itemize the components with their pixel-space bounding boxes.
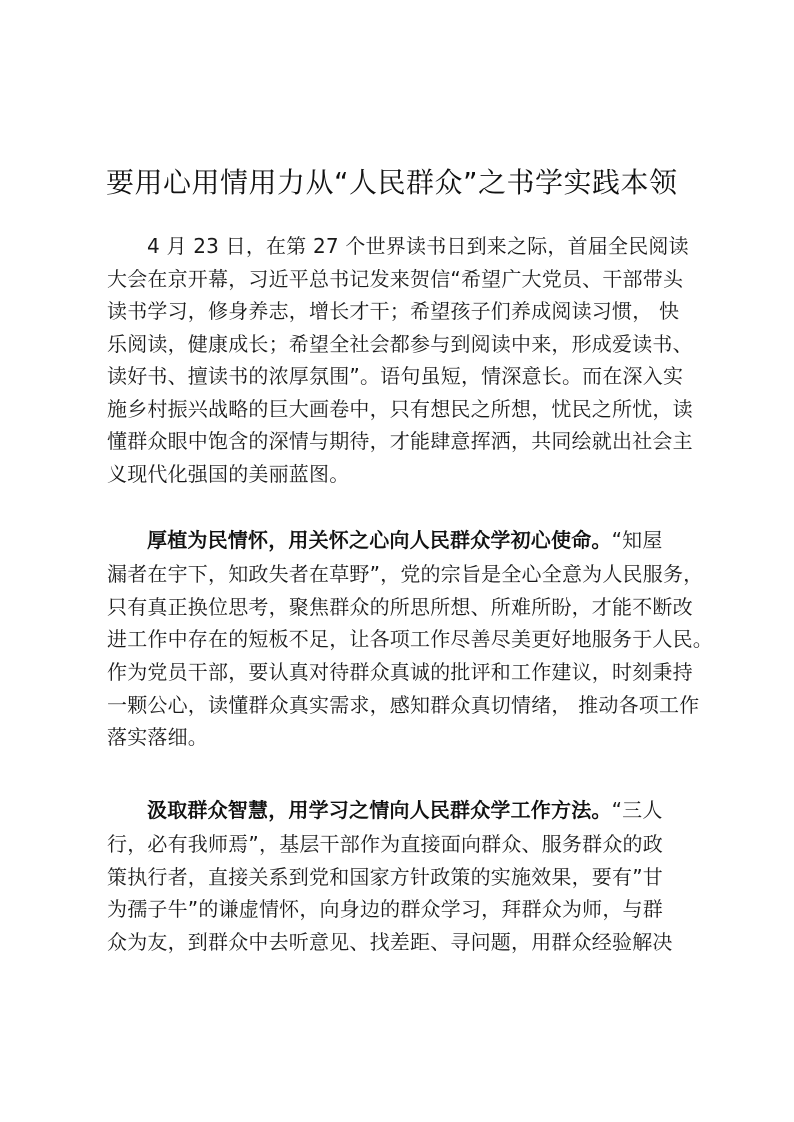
text-line: 乐阅读，健康成长；希望全社会都参与到阅读中来，形成爱读书、 [107, 328, 707, 361]
paragraph-section-1: 厚植为民情怀，用关怀之心向人民群众学初心使命。“知屋 漏者在宇下，知政失者在草野… [107, 522, 707, 754]
paragraph-first-line: 厚植为民情怀，用关怀之心向人民群众学初心使命。“知屋 [107, 522, 707, 558]
text-line: 一颗公心，读懂群众真实需求，感知群众真切情绪， 推动各项工作 [107, 689, 707, 722]
text-fragment: “知屋 [612, 528, 663, 552]
text-line: 懂群众眼中饱含的深情与期待，才能肆意挥洒，共同绘就出社会主 [107, 425, 707, 458]
text-line: 落实落细。 [107, 721, 707, 754]
section-heading: 汲取群众智慧，用学习之情向人民群众学工作方法。 [147, 798, 612, 822]
text-line: 作为党员干部，要认真对待群众真诚的批评和工作建议，时刻秉持 [107, 656, 707, 689]
text-fragment: “三人 [612, 798, 663, 822]
text-line: 为孺子牛”的谦虚情怀，向身边的群众学习，拜群众为师，与群 [107, 893, 707, 926]
text-line: 众为友，到群众中去听意见、找差距、寻问题，用群众经验解决 [107, 926, 707, 959]
text-line: 行，必有我师焉”，基层干部作为直接面向群众、服务群众的政 [107, 828, 707, 861]
paragraph-intro: 4 月 23 日，在第 27 个世界读书日到来之际，首届全民阅读 大会在京开幕，… [107, 230, 707, 490]
document-page: 要用心用情用力从“人民群众”之书学实践本领 4 月 23 日，在第 27 个世界… [0, 0, 794, 1122]
text-line: 义现代化强国的美丽蓝图。 [107, 458, 707, 491]
text-line: 读好书、擅读书的浓厚氛围”。语句虽短，情深意长。而在深入实 [107, 360, 707, 393]
text-line: 施乡村振兴战略的巨大画卷中，只有想民之所想，忧民之所忧，读 [107, 393, 707, 426]
document-title: 要用心用情用力从“人民群众”之书学实践本领 [106, 165, 706, 201]
text-line: 策执行者，直接关系到党和国家方针政策的实施效果，要有”甘 [107, 861, 707, 894]
text-line: 进工作中存在的短板不足，让各项工作尽善尽美更好地服务于人民。 [107, 623, 707, 656]
text-line: 读书学习，修身养志，增长才干；希望孩子们养成阅读习惯， 快 [107, 295, 707, 328]
text-line: 漏者在宇下，知政失者在草野”，党的宗旨是全心全意为人民服务， [107, 558, 707, 591]
text-line: 大会在京开幕，习近平总书记发来贺信“希望广大党员、干部带头 [107, 263, 707, 296]
paragraph-first-line: 汲取群众智慧，用学习之情向人民群众学工作方法。“三人 [107, 792, 707, 828]
section-heading: 厚植为民情怀，用关怀之心向人民群众学初心使命。 [147, 528, 612, 552]
text-line: 只有真正换位思考，聚焦群众的所思所想、所难所盼，才能不断改 [107, 591, 707, 624]
paragraph-section-2: 汲取群众智慧，用学习之情向人民群众学工作方法。“三人 行，必有我师焉”，基层干部… [107, 792, 707, 959]
text-line: 4 月 23 日，在第 27 个世界读书日到来之际，首届全民阅读 [107, 230, 707, 263]
